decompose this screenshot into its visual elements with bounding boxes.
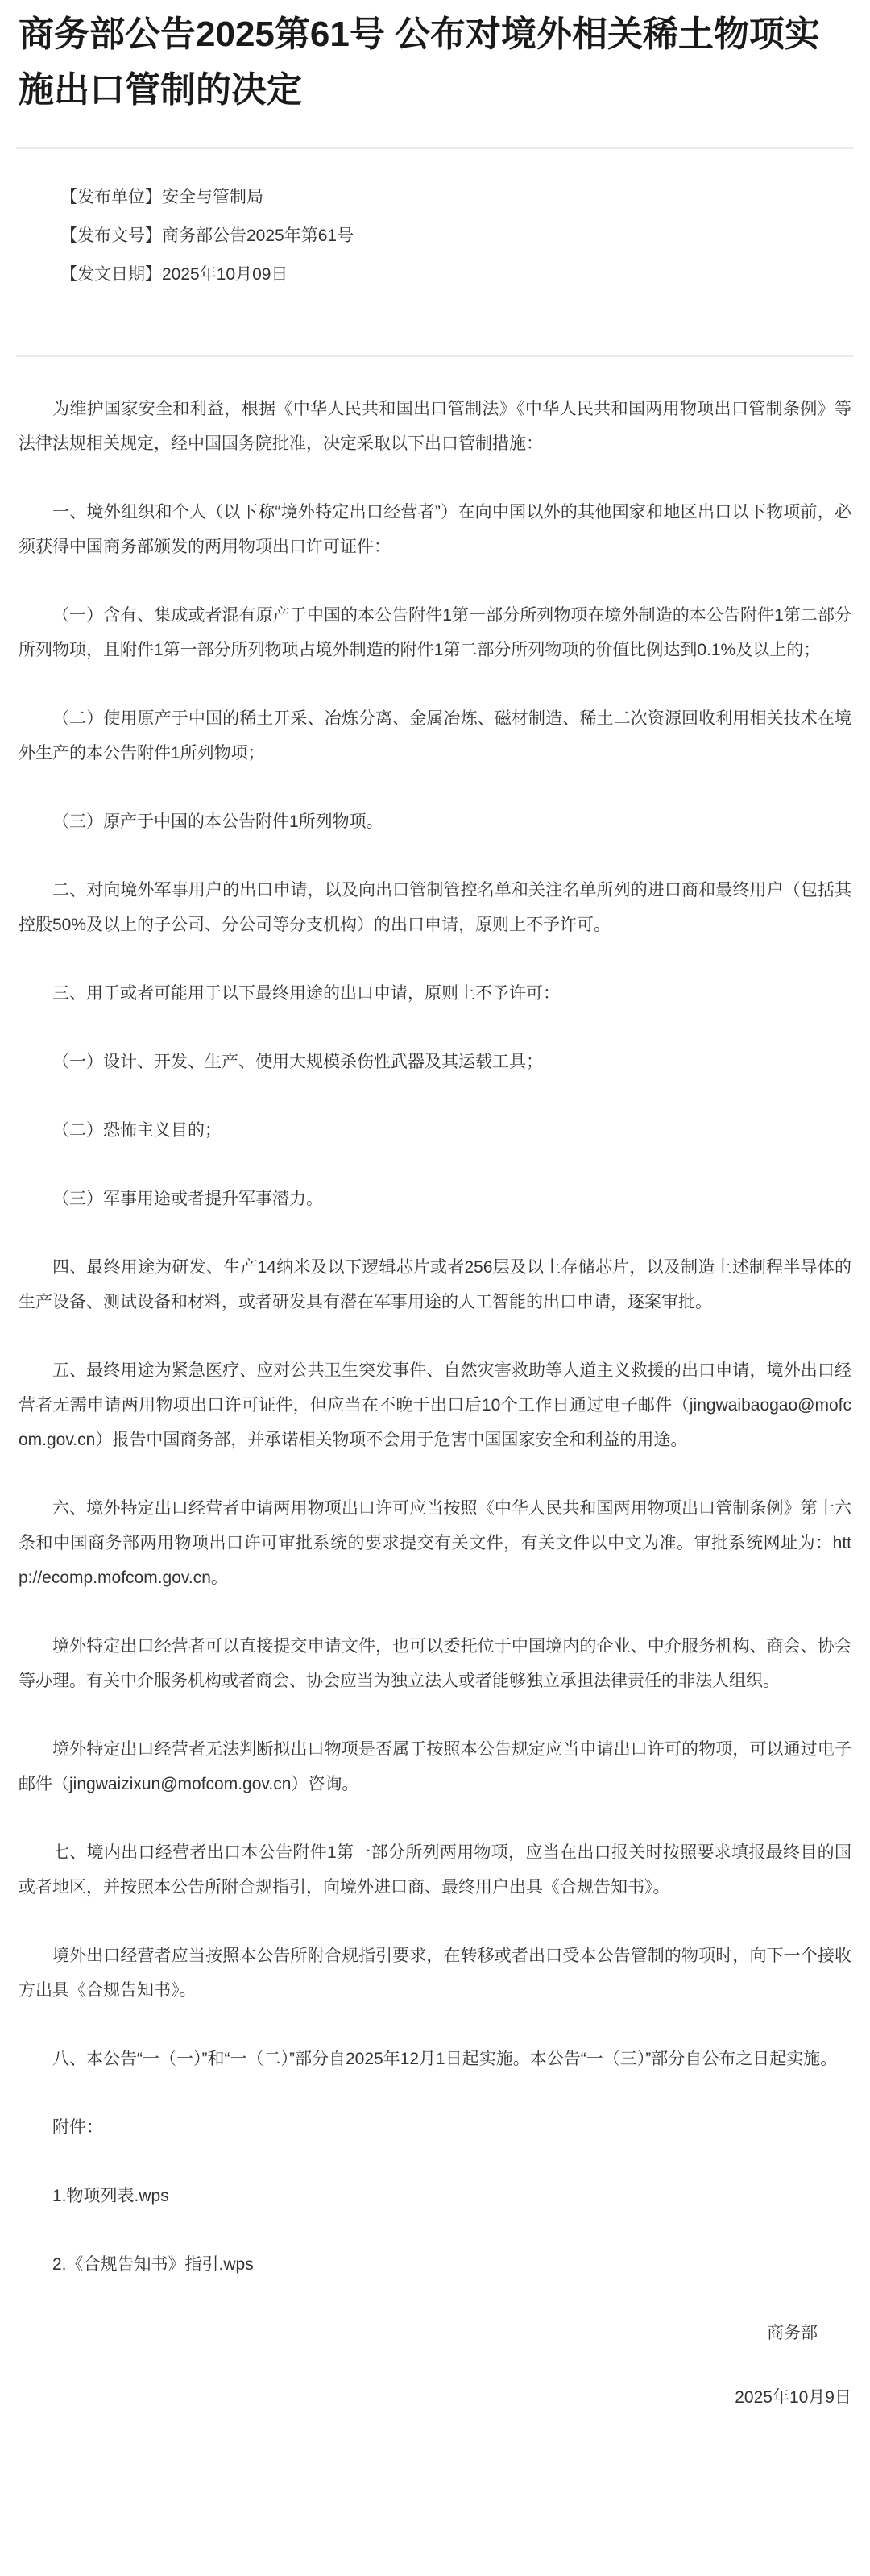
- document-body: 为维护国家安全和利益，根据《中华人民共和国出口管制法》《中华人民共和国两用物项出…: [0, 357, 870, 2433]
- body-paragraph: 二、对向境外军事用户的出口申请，以及向出口管制管控名单和关注名单所列的进口商和最…: [19, 873, 851, 942]
- meta-line-issuing-unit: 【发布单位】安全与管制局: [60, 178, 851, 217]
- meta-line-issue-date: 【发文日期】2025年10月09日: [60, 256, 851, 294]
- body-paragraph: 为维护国家安全和利益，根据《中华人民共和国出口管制法》《中华人民共和国两用物项出…: [19, 392, 851, 461]
- body-paragraph: 五、最终用途为紧急医疗、应对公共卫生突发事件、自然灾害救助等人道主义救援的出口申…: [19, 1353, 851, 1457]
- page-title: 商务部公告2025第61号 公布对境外相关稀土物项实施出口管制的决定: [0, 0, 870, 118]
- body-paragraph: 六、境外特定出口经营者申请两用物项出口许可应当按照《中华人民共和国两用物项出口管…: [19, 1491, 851, 1595]
- body-paragraph: （二）恐怖主义目的；: [19, 1113, 851, 1148]
- body-paragraph: 境外特定出口经营者无法判断拟出口物项是否属于按照本公告规定应当申请出口许可的物项…: [19, 1732, 851, 1801]
- signature-date: 2025年10月9日: [19, 2380, 851, 2415]
- body-paragraph: 一、境外组织和个人（以下称“境外特定出口经营者”）在向中国以外的其他国家和地区出…: [19, 495, 851, 564]
- body-paragraph: （三）原产于中国的本公告附件1所列物项。: [19, 804, 851, 839]
- body-paragraph: 七、境内出口经营者出口本公告附件1第一部分所列两用物项，应当在出口报关时按照要求…: [19, 1835, 851, 1905]
- announcement-page: 商务部公告2025第61号 公布对境外相关稀土物项实施出口管制的决定 【发布单位…: [0, 0, 870, 2433]
- body-paragraph: （一）含有、集成或者混有原产于中国的本公告附件1第一部分所列物项在境外制造的本公…: [19, 598, 851, 667]
- body-paragraph: 境外特定出口经营者可以直接提交申请文件，也可以委托位于中国境内的企业、中介服务机…: [19, 1629, 851, 1698]
- meta-line-document-number: 【发布文号】商务部公告2025年第61号: [60, 217, 851, 256]
- body-paragraph: （二）使用原产于中国的稀土开采、冶炼分离、金属冶炼、磁材制造、稀土二次资源回收利…: [19, 701, 851, 771]
- body-paragraph: 四、最终用途为研发、生产14纳米及以下逻辑芯片或者256层及以上存储芯片，以及制…: [19, 1250, 851, 1319]
- body-paragraph: （一）设计、开发、生产、使用大规模杀伤性武器及其运载工具；: [19, 1045, 851, 1079]
- signature-issuer: 商务部: [19, 2316, 818, 2350]
- meta-block: 【发布单位】安全与管制局 【发布文号】商务部公告2025年第61号 【发文日期】…: [0, 178, 851, 294]
- attachments-heading: 附件：: [19, 2110, 851, 2145]
- body-paragraph: 八、本公告“一（一）”和“一（二）”部分自2025年12月1日起实施。本公告“一…: [19, 2042, 851, 2076]
- attachment-item-compliance-notice-guide[interactable]: 2.《合规告知书》指引.wps: [19, 2247, 851, 2282]
- body-paragraph: （三）军事用途或者提升军事潜力。: [19, 1182, 851, 1216]
- body-paragraph: 三、用于或者可能用于以下最终用途的出口申请，原则上不予许可：: [19, 976, 851, 1011]
- attachment-item-items-list[interactable]: 1.物项列表.wps: [19, 2179, 851, 2213]
- divider-below-title: [16, 147, 854, 149]
- body-paragraph: 境外出口经营者应当按照本公告所附合规指引要求，在转移或者出口受本公告管制的物项时…: [19, 1938, 851, 2008]
